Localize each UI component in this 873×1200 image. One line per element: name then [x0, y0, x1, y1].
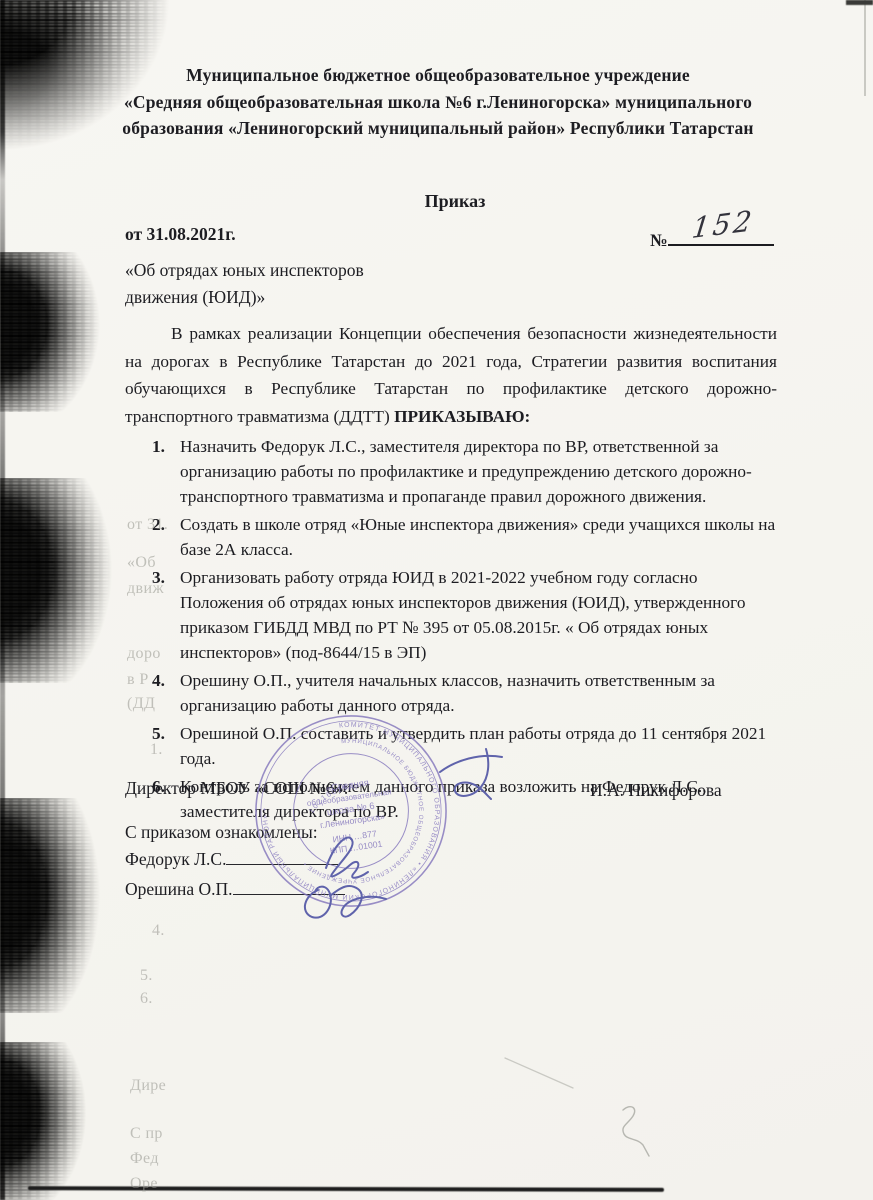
- ack-signatures: [288, 828, 418, 923]
- item-number: 1.: [152, 434, 180, 509]
- ghost-text: Фед: [130, 1150, 159, 1168]
- document-header: Муниципальное бюджетное общеобразователь…: [100, 62, 776, 142]
- header-line-1: Муниципальное бюджетное общеобразователь…: [100, 62, 776, 89]
- ghost-text: (ДД: [127, 695, 155, 713]
- scan-smudge-left-4: [0, 1042, 108, 1200]
- pencil-scratch-marks: [495, 1048, 685, 1178]
- ghost-text: от 31.: [127, 516, 168, 534]
- item-text: Назначить Федорук Л.С., заместителя дире…: [180, 434, 776, 509]
- order-preamble: В рамках реализации Концепции обеспечени…: [125, 320, 777, 430]
- header-line-3: образования «Лениногорский муниципальный…: [100, 115, 776, 142]
- order-item-4: 4. Орешину О.П., учителя начальных класс…: [152, 668, 776, 718]
- document-title: Приказ: [125, 191, 785, 212]
- item-text: Организовать работу отряда ЮИД в 2021-20…: [180, 565, 776, 665]
- number-label: №: [650, 230, 668, 250]
- subject-line-1: «Об отрядах юных инспекторов: [125, 257, 545, 284]
- director-signature: [428, 740, 523, 805]
- order-item-2: 2. Создать в школе отряд «Юные инспектор…: [152, 512, 776, 562]
- handwritten-number: 152: [690, 204, 756, 245]
- ghost-text: Дире: [130, 1077, 166, 1095]
- director-name: И.А. Никифорова: [590, 780, 722, 801]
- order-item-1: 1. Назначить Федорук Л.С., заместителя д…: [152, 434, 776, 509]
- ghost-text: в Р: [127, 671, 149, 689]
- order-date: от 31.08.2021г.: [125, 224, 236, 245]
- scan-top-right-mark: [846, 0, 873, 5]
- ghost-text: 6.: [140, 990, 153, 1008]
- scanned-order-page: Муниципальное бюджетное общеобразователь…: [0, 0, 873, 1200]
- ack-name-1: Федорук Л.С.: [125, 849, 226, 869]
- ack-name-2: Орешина О.П.: [125, 879, 233, 899]
- ghost-text: С пр: [130, 1125, 163, 1143]
- order-item-3: 3. Организовать работу отряда ЮИД в 2021…: [152, 565, 776, 665]
- number-underline: 152: [668, 224, 774, 246]
- ghost-text: движ: [127, 580, 164, 598]
- header-line-2: «Средняя общеобразовательная школа №6 г.…: [100, 89, 776, 116]
- ghost-text: доро: [127, 645, 161, 663]
- ghost-text: 4.: [152, 922, 165, 940]
- scan-smudge-left-3: [0, 798, 125, 1013]
- order-subject: «Об отрядах юных инспекторов движения (Ю…: [125, 257, 545, 311]
- order-number: №152: [650, 224, 774, 251]
- ghost-text: 1.: [150, 741, 163, 759]
- preamble-keyword: ПРИКАЗЫВАЮ:: [394, 407, 530, 426]
- scan-smudge-left-2: [0, 478, 140, 683]
- item-text: Орешину О.П., учителя начальных классов,…: [180, 668, 776, 718]
- scan-bottom-edge-line: [28, 1186, 664, 1192]
- ghost-text: 5.: [140, 967, 153, 985]
- item-text: Создать в школе отряд «Юные инспектора д…: [180, 512, 776, 562]
- scan-smudge-left-1: [0, 252, 125, 412]
- subject-line-2: движения (ЮИД)»: [125, 284, 545, 311]
- ghost-text: Оре: [130, 1175, 158, 1193]
- scan-right-edge-line: [864, 0, 866, 96]
- ghost-text: «Об: [127, 554, 156, 572]
- item-number: 4.: [152, 668, 180, 718]
